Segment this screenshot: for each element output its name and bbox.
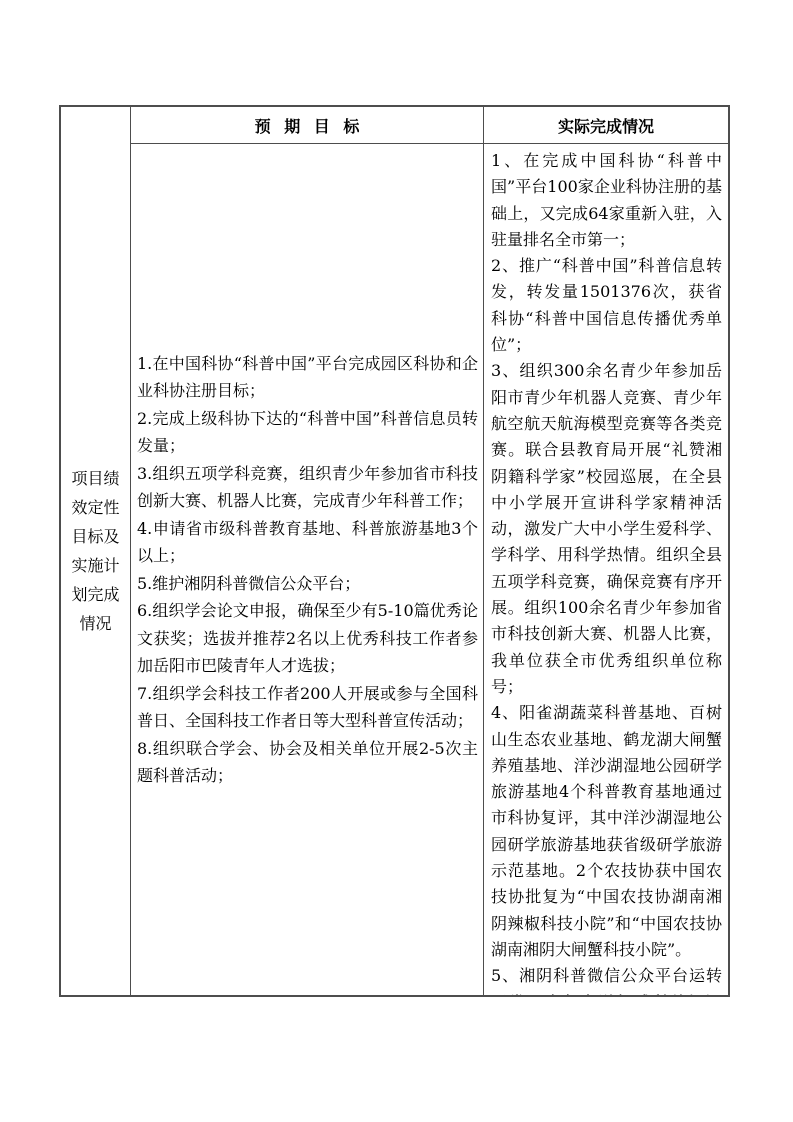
row-header-line: 项目绩 bbox=[71, 464, 119, 493]
performance-table: 项目绩 效定性 目标及 实施计 划完成 情况 预期目标 1.在中国科协“科普中国… bbox=[59, 105, 730, 997]
row-header-line: 效定性 bbox=[71, 493, 119, 522]
expected-goal-item: 3.组织五项学科竞赛，组织青少年参加省市科技创新大赛、机器人比赛，完成青少年科普… bbox=[137, 460, 478, 515]
actual-results-cell: 1、在完成中国科协“科普中国”平台100家企业科协注册的基础上，又完成64家重新… bbox=[484, 144, 728, 995]
row-header-line: 实施计 bbox=[71, 551, 119, 580]
actual-results-header-label: 实际完成情况 bbox=[558, 114, 654, 137]
row-header-line: 划完成 bbox=[71, 580, 119, 609]
actual-result-item: 1、在完成中国科协“科普中国”平台100家企业科协注册的基础上，又完成64家重新… bbox=[491, 148, 722, 253]
row-header-cell: 项目绩 效定性 目标及 实施计 划完成 情况 bbox=[61, 107, 131, 995]
expected-goal-item: 4.申请省市级科普教育基地、科普旅游基地3个以上； bbox=[137, 515, 478, 570]
actual-result-item: 2、推广“科普中国”科普信息转发，转发量1501376次，获省科协“科普中国信息… bbox=[491, 253, 722, 358]
document-page: 项目绩 效定性 目标及 实施计 划完成 情况 预期目标 1.在中国科协“科普中国… bbox=[0, 0, 793, 1122]
expected-goals-header-label: 预期目标 bbox=[255, 114, 373, 137]
expected-goals-list: 1.在中国科协“科普中国”平台完成园区科协和企业科协注册目标； 2.完成上级科协… bbox=[137, 350, 478, 790]
row-header-label: 项目绩 效定性 目标及 实施计 划完成 情况 bbox=[71, 464, 119, 638]
row-header-line: 目标及 bbox=[71, 522, 119, 551]
expected-goal-item: 8.组织联合学会、协会及相关单位开展2-5次主题科普活动； bbox=[137, 735, 478, 790]
expected-goals-column: 预期目标 1.在中国科协“科普中国”平台完成园区科协和企业科协注册目标； 2.完… bbox=[131, 107, 484, 995]
expected-goals-cell: 1.在中国科协“科普中国”平台完成园区科协和企业科协注册目标； 2.完成上级科协… bbox=[131, 144, 483, 995]
expected-goals-header: 预期目标 bbox=[131, 107, 483, 144]
expected-goal-item: 7.组织学会科技工作者200人开展或参与全国科普日、全国科技工作者日等大型科普宣… bbox=[137, 680, 478, 735]
actual-result-item: 4、阳雀湖蔬菜科普基地、百树山生态农业基地、鹤龙湖大闸蟹养殖基地、洋沙湖湿地公园… bbox=[491, 700, 722, 963]
expected-goal-item: 6.组织学会论文申报，确保至少有5-10篇优秀论文获奖；选拔并推荐2名以上优秀科… bbox=[137, 597, 478, 680]
actual-result-item: 5、湘阴科普微信公众平台运转正常，全年发送权威科普知识260余期； bbox=[491, 963, 722, 995]
expected-goal-item: 1.在中国科协“科普中国”平台完成园区科协和企业科协注册目标； bbox=[137, 350, 478, 405]
expected-goal-item: 2.完成上级科协下达的“科普中国”科普信息员转发量； bbox=[137, 405, 478, 460]
actual-result-item: 3、组织300余名青少年参加岳阳市青少年机器人竞赛、青少年航空航天航海模型竞赛等… bbox=[491, 358, 722, 700]
actual-results-column: 实际完成情况 1、在完成中国科协“科普中国”平台100家企业科协注册的基础上，又… bbox=[484, 107, 728, 995]
row-header-line: 情况 bbox=[71, 609, 119, 638]
actual-results-header: 实际完成情况 bbox=[484, 107, 728, 144]
expected-goal-item: 5.维护湘阴科普微信公众平台； bbox=[137, 570, 478, 598]
actual-results-list: 1、在完成中国科协“科普中国”平台100家企业科协注册的基础上，又完成64家重新… bbox=[491, 148, 722, 995]
